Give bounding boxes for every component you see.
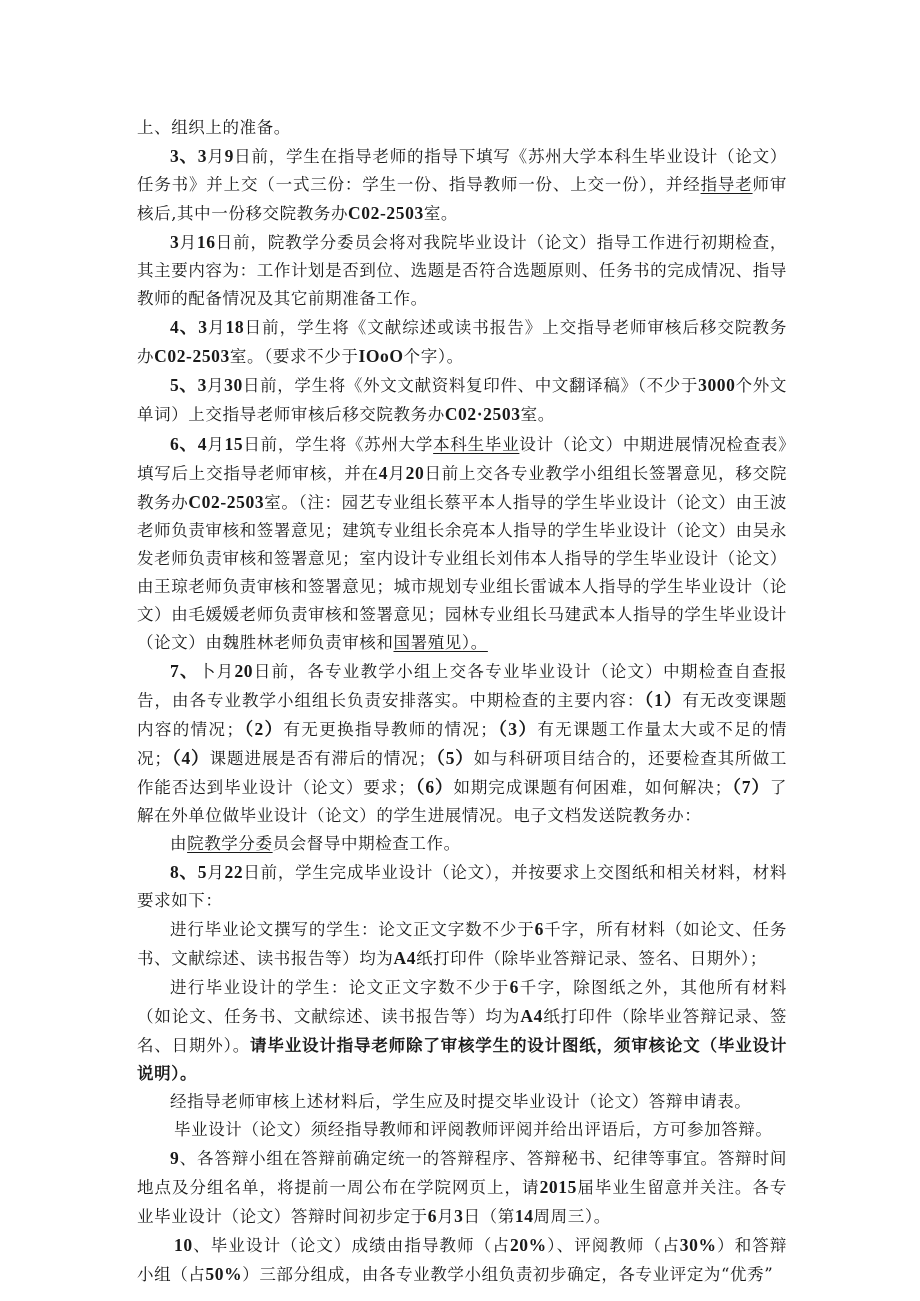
bold-number: A4 — [394, 948, 417, 968]
underlined-text: 本科生毕业 — [433, 435, 519, 454]
text-run: 个字）。 — [404, 347, 464, 366]
underlined-text: 国署殖见）。 — [394, 633, 488, 652]
document-page: 上、组织上的准备。 3、3月9日前，学生在指导老师的指导下填写《苏州大学本科生毕… — [137, 114, 787, 1289]
bold-number: 50% — [205, 1264, 242, 1284]
paragraph-item-6: 6、4月15日前，学生将《苏州大学本科生毕业设计（论文）中期进展情况检查表》填写… — [137, 430, 787, 657]
text-run: 毕业设计（论文）须经指导教师和评阅教师评阅并给出评语后，方可参加答辩。 — [174, 1120, 773, 1139]
bold-number: 22 — [225, 862, 244, 882]
bold-number: 20 — [234, 661, 253, 681]
text-run: 日前，学生在指导老师的指导下填写《苏州大学本科生毕业设计（论文）任务书》并上交（… — [137, 147, 787, 194]
bold-number: 6 — [510, 977, 519, 997]
paragraph-review-requirement: 毕业设计（论文）须经指导教师和评阅教师评阅并给出评语后，方可参加答辩。 — [137, 1116, 787, 1144]
bold-number: 4、3 — [170, 317, 208, 337]
paragraph-item-3: 3、3月9日前，学生在指导老师的指导下填写《苏州大学本科生毕业设计（论文）任务书… — [137, 142, 787, 228]
text-run: 由 — [170, 834, 187, 853]
bold-number: （4） — [172, 748, 210, 768]
bold-number: 9 — [225, 146, 234, 166]
bold-number: 18 — [226, 317, 245, 337]
bold-number: 8、5 — [170, 862, 207, 882]
text-run: 室。 — [424, 204, 458, 223]
bold-number: （3） — [497, 719, 537, 739]
paragraph-0: 上、组织上的准备。 — [137, 114, 787, 142]
paragraph-thesis-students: 进行毕业论文撰写的学生：论文正文字数不少于6千字，所有材料（如论文、任务书、文献… — [137, 915, 787, 973]
bold-number: 20% — [510, 1235, 547, 1255]
text-run: 周周三）。 — [534, 1207, 611, 1226]
bold-number: （1） — [644, 690, 682, 710]
bold-number: 3 — [170, 232, 179, 252]
bold-number: （2） — [244, 719, 284, 739]
underlined-text: 指导老 — [701, 175, 753, 194]
text-run: 月 — [207, 376, 224, 395]
bold-number: 30 — [224, 375, 243, 395]
bold-number: 15 — [225, 434, 244, 454]
bold-number: 20 — [406, 463, 425, 483]
text-run: 进行毕业设计的学生：论文正文字数不少于 — [170, 978, 510, 997]
bold-number: C02·2503 — [445, 404, 521, 424]
bold-number: 10 — [174, 1235, 193, 1255]
text-run: 纸打印件（除毕业答辩记录、签名、日期外）； — [416, 949, 767, 968]
text-run: 月 — [208, 318, 226, 337]
paragraph-item-8: 8、5月22日前，学生完成毕业设计（论文），并按要求上交图纸和相关材料，材料要求… — [137, 858, 787, 915]
paragraph-initial-check: 3月16日前，院教学分委员会将对我院毕业设计（论文）指导工作进行初期检查，其主要… — [137, 228, 787, 313]
text-run: ）、评阅教师（占 — [547, 1236, 680, 1255]
bold-number: 6 — [535, 919, 544, 939]
bold-number: （6） — [415, 777, 453, 797]
paragraph-item-9: 9、各答辩小组在答辩前确定统一的答辩程序、答辩秘书、纪律等事宜。答辩时间地点及分… — [137, 1144, 787, 1231]
paragraph-item-7: 7、卜月20日前，各专业教学小组上交各专业毕业设计（论文）中期检查自查报告，由各… — [137, 657, 787, 830]
bold-number: （5） — [436, 748, 474, 768]
bold-number: 3 — [454, 1206, 463, 1226]
bold-number: 6、4 — [170, 434, 207, 454]
bold-number: C02-2503 — [154, 346, 230, 366]
text-run: 月 — [207, 435, 224, 454]
text-run: 经指导老师审核上述材料后，学生应及时提交毕业设计（论文）答辩申请表。 — [170, 1092, 751, 1111]
paragraph-item-5: 5、3月30日前，学生将《外文文献资料复印件、中文翻译稿》（不少于3000个外文… — [137, 371, 787, 429]
text-run: 月 — [179, 233, 197, 252]
bold-number: C02-2503 — [348, 203, 424, 223]
text-run: 月 — [437, 1207, 454, 1226]
paragraph-supervision: 由院教学分委员会督导中期检查工作。 — [137, 830, 787, 858]
bold-number: IOoO — [358, 346, 403, 366]
bold-number: 4 — [379, 463, 388, 483]
text-run: 月 — [207, 863, 224, 882]
text-run: 室。 — [521, 405, 555, 424]
text-run: 、毕业设计（论文）成绩由指导教师（占 — [193, 1236, 510, 1255]
text-run: 上、组织上的准备。 — [137, 118, 291, 137]
bold-number: 30% — [680, 1235, 717, 1255]
text-run: 室。（要求不少于 — [230, 347, 359, 366]
text-run: ）三部分组成，由各专业教学小组负责初步确定，各专业评定为“优秀” — [242, 1265, 773, 1284]
text-run: 日前，学生将《苏州大学 — [243, 435, 433, 454]
paragraph-design-students: 进行毕业设计的学生：论文正文字数不少于6千字，除图纸之外，其他所有材料（如论文、… — [137, 973, 787, 1087]
text-run: 日前，学生将《外文文献资料复印件、中文翻译稿》（不少于 — [243, 376, 698, 395]
bold-number: （7） — [732, 777, 770, 797]
text-run: 日前，院教学分委员会将对我院毕业设计（论文）指导工作进行初期检查，其主要内容为：… — [137, 233, 787, 308]
bold-number: C02-2503 — [188, 492, 264, 512]
bold-number: 14 — [515, 1206, 534, 1226]
text-run: 室。（注：园艺专业组长蔡平本人指导的学生毕业设计（论文）由王波老师负责审核和签署… — [137, 493, 787, 652]
text-run: 员会督导中期检查工作。 — [273, 834, 461, 853]
text-run: 日（第 — [464, 1207, 515, 1226]
text-run: 有无更换指导教师的情况； — [284, 720, 498, 739]
text-run: 进行毕业论文撰写的学生：论文正文字数不少于 — [170, 920, 535, 939]
text-run: 卜月 — [199, 662, 235, 681]
bold-number: 7、 — [170, 661, 199, 681]
text-run: 如期完成课题有何困难，如何解决； — [453, 778, 731, 797]
bold-number: 3、3 — [170, 146, 207, 166]
text-run: 月 — [207, 147, 224, 166]
text-run: 月 — [388, 464, 405, 483]
paragraph-defense-application: 经指导老师审核上述材料后，学生应及时提交毕业设计（论文）答辩申请表。 — [137, 1088, 787, 1116]
bold-number: A4 — [520, 1006, 543, 1026]
bold-number: 2015 — [540, 1177, 577, 1197]
bold-number: 5、3 — [170, 375, 207, 395]
bold-number: 16 — [197, 232, 216, 252]
paragraph-item-4: 4、3月18日前，学生将《文献综述或读书报告》上交指导老师审核后移交院教务办C0… — [137, 313, 787, 371]
text-run: 课题进展是否有滞后的情况； — [210, 749, 436, 768]
bold-number: 3000 — [698, 375, 735, 395]
paragraph-item-10: 10、毕业设计（论文）成绩由指导教师（占20%）、评阅教师（占30%）和答辩小组… — [137, 1231, 787, 1289]
bold-number: 9 — [170, 1148, 179, 1168]
underlined-text: 院教学分委 — [187, 834, 273, 853]
bold-number: 6 — [428, 1206, 437, 1226]
